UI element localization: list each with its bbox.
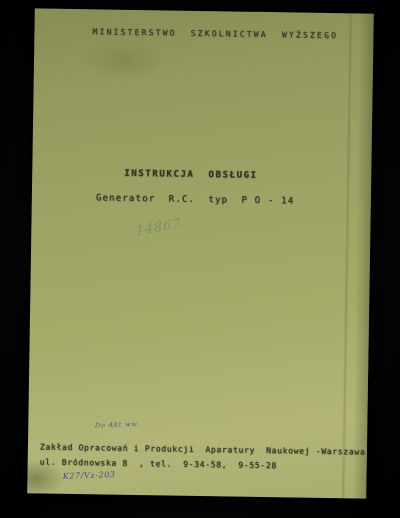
- scanned-document: MINISTERSTWO SZKOLNICTWA WYŻSZEGO INSTRU…: [0, 0, 400, 518]
- ministry-header: MINISTERSTWO SZKOLNICTWA WYŻSZEGO: [92, 27, 338, 40]
- document-title: INSTRUKCJA OBSŁUGI: [124, 169, 257, 181]
- document-subtitle: Generator R.C. typ P O - 14: [96, 193, 295, 206]
- ink-annotation-line2: K27/Vz-203: [63, 469, 140, 481]
- pencil-serial-annotation: 14867: [135, 216, 181, 239]
- ink-annotation-line1: Do Akt ww: [95, 420, 138, 430]
- document-cover-page: MINISTERSTWO SZKOLNICTWA WYŻSZEGO INSTRU…: [27, 8, 374, 498]
